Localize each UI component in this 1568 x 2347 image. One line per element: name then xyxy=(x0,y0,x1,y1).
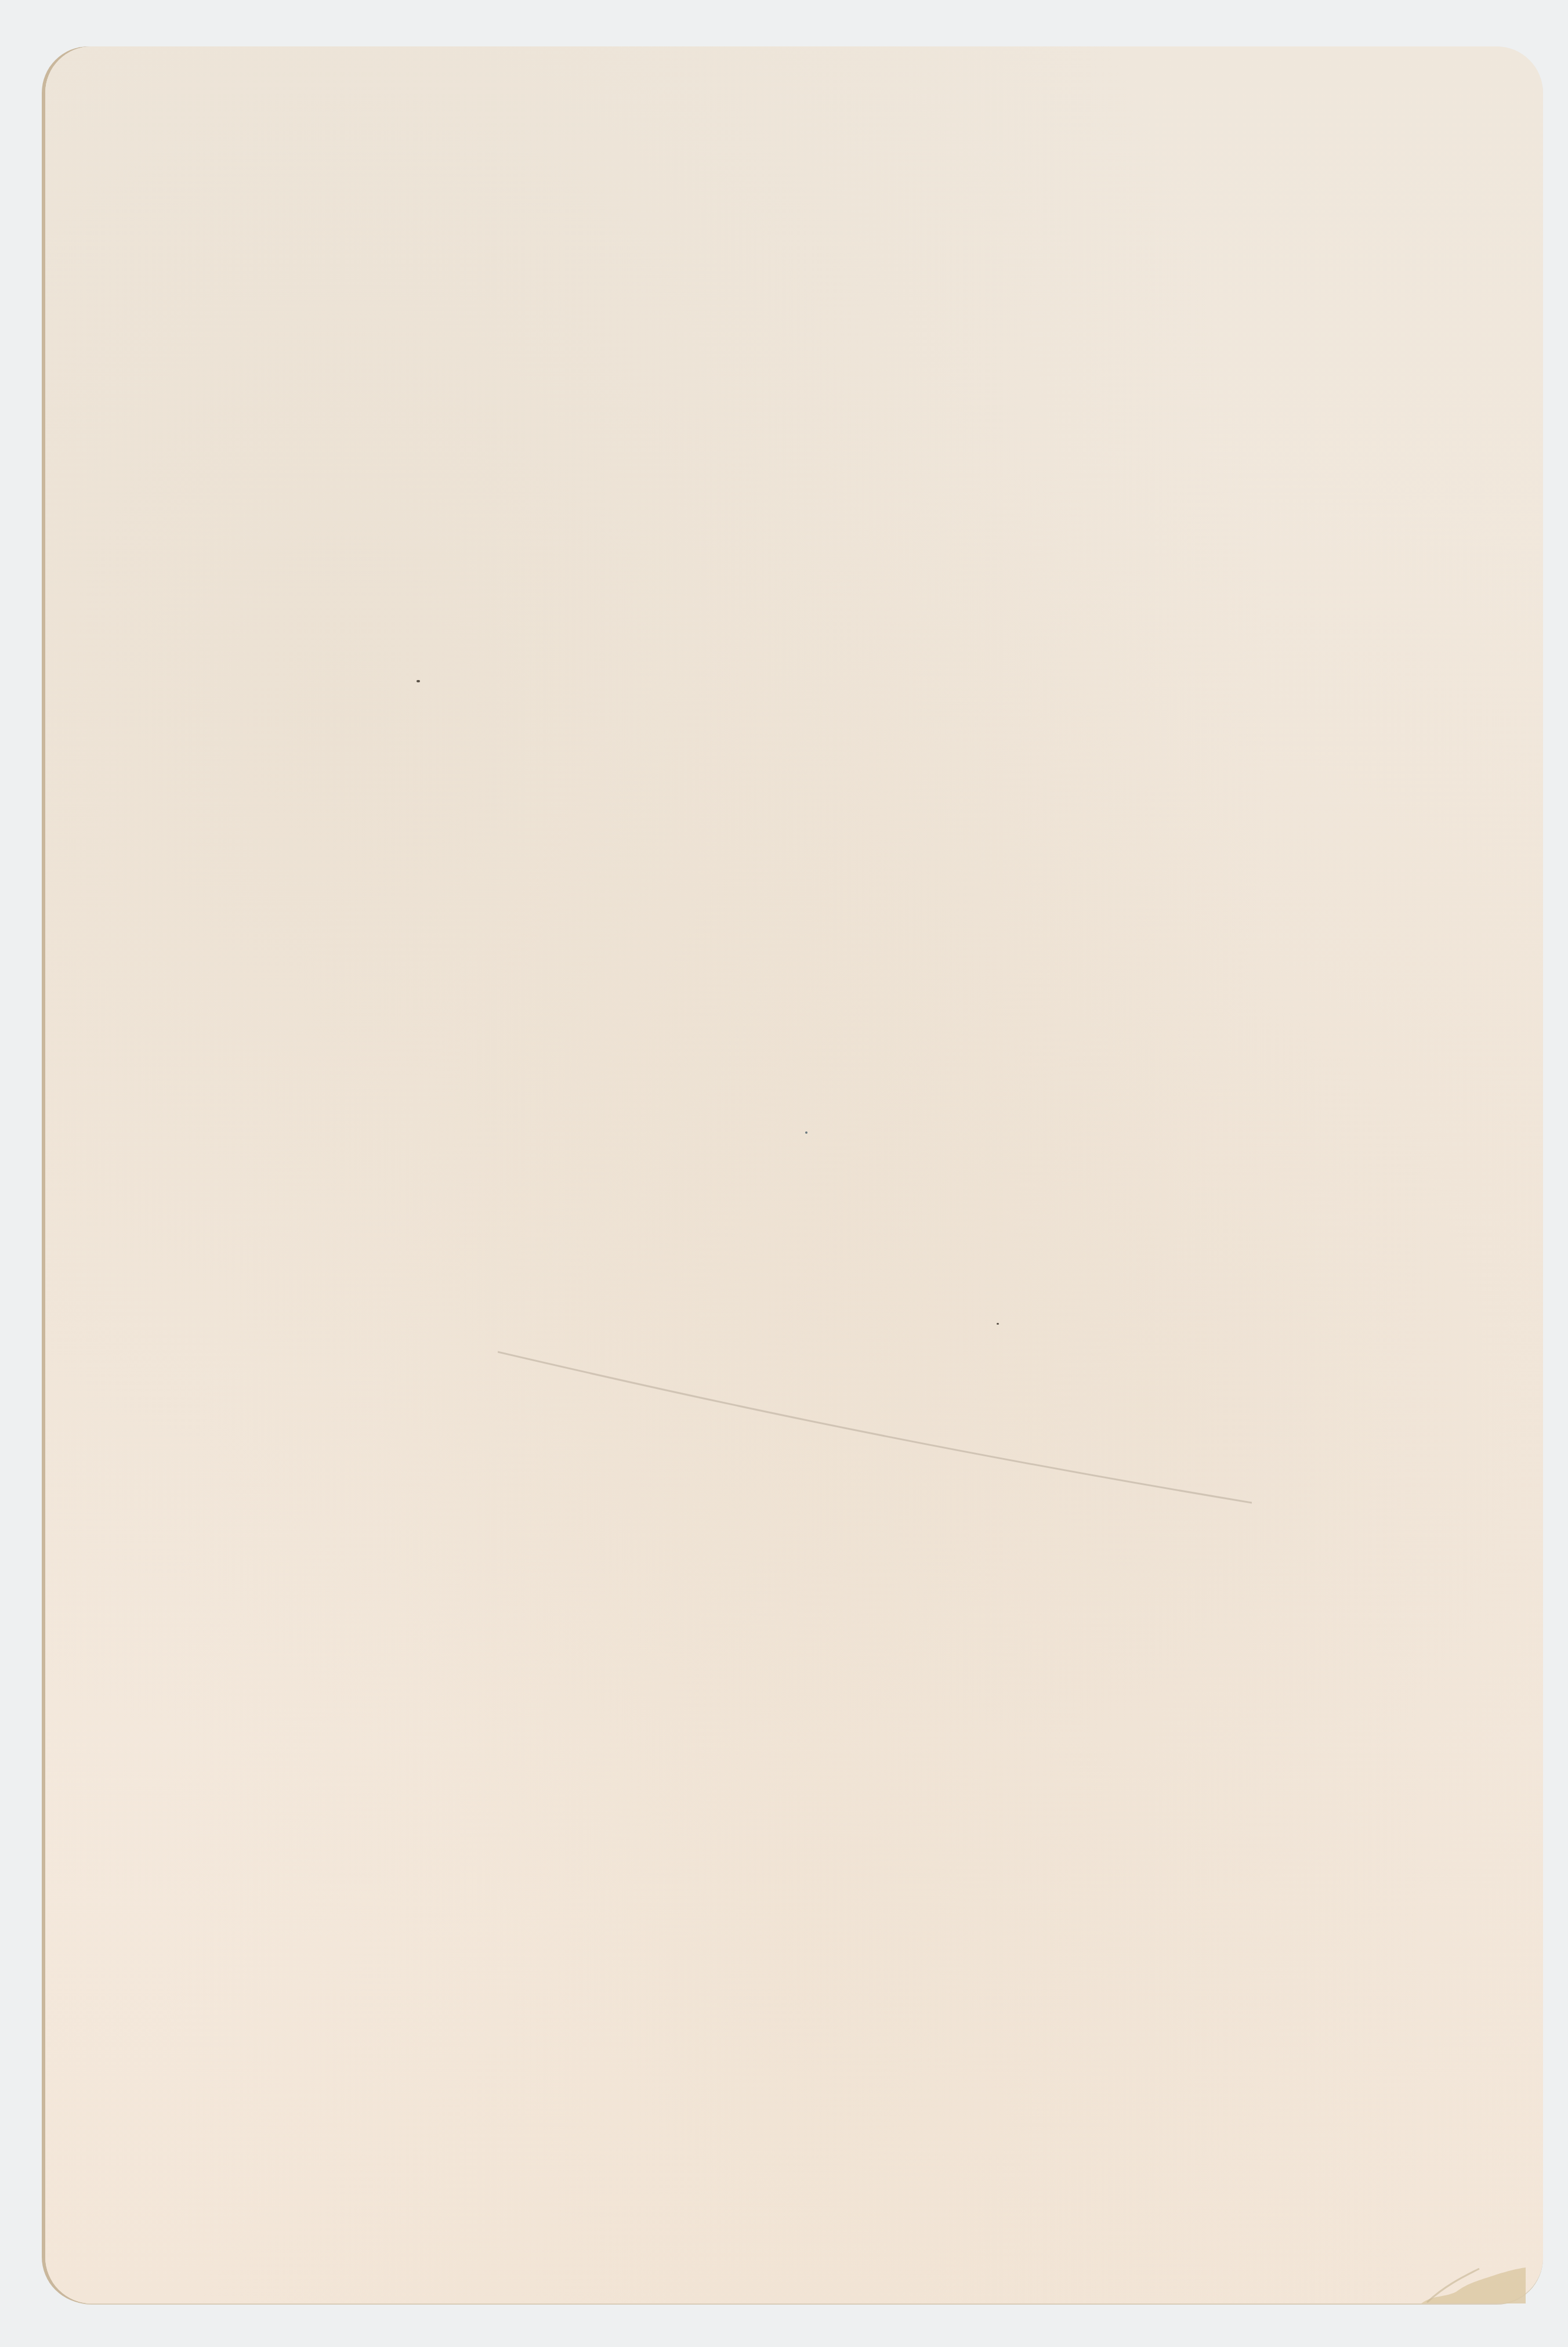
scratch-mark xyxy=(498,1340,1252,1514)
speck xyxy=(997,1323,999,1325)
speck xyxy=(805,1131,807,1134)
speck xyxy=(417,680,420,682)
corner-damage xyxy=(1421,2263,1526,2303)
cabinet-card-back xyxy=(45,46,1543,2303)
